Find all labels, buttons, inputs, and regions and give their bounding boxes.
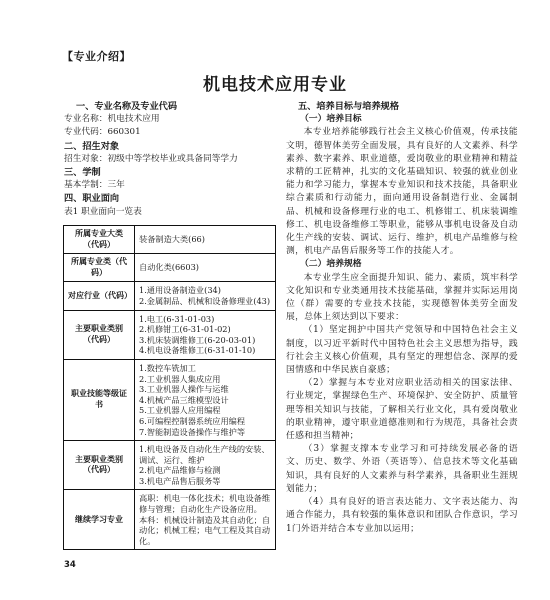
row-line: 3.机床装调维修工(6-20-03-01)	[139, 335, 271, 346]
right-column: 五、培养目标与培养规格 （一）培养目标 本专业培养能够践行社会主义核心价值观，传…	[286, 100, 518, 536]
row-content: 自动化类(6603)	[135, 254, 276, 282]
row-line: 1.机电设备及自动化生产线的安装、调试、运行、维护	[139, 444, 271, 465]
table-row: 所属专业类（代码） 自动化类(6603)	[64, 254, 276, 282]
major-code: 专业代码：660301	[64, 126, 284, 139]
row-line: 自动化类(6603)	[139, 262, 271, 273]
heading-training-goals: 五、培养目标与培养规格	[286, 100, 518, 113]
row-content: 1.机电设备及自动化生产线的安装、调试、运行、维护 2.机电产品维修与检测 3.…	[135, 441, 276, 490]
requirement-3: （3）掌握支撑本专业学习和可持续发展必备的语文、历史、数学、外语（英语等）、信息…	[286, 443, 518, 496]
subheading-goal: （一）培养目标	[286, 113, 518, 126]
table-row: 职业技能等级证书 1.数控车铣加工 2.工业机器人集成应用 3.工业机器人操作与…	[64, 359, 276, 440]
row-line: 1.电工(6-31-01-03)	[139, 314, 271, 325]
row-content: 1.通用设备制造业(34) 2.金属制品、机械和设备修理业(43)	[135, 282, 276, 310]
row-content: 高职：机电一体化技术；机电设备维修与管理；自动化生产设备应用。 本科：机械设计制…	[135, 490, 276, 550]
row-line: 4.机电设备维修工(6-31-01-10)	[139, 345, 271, 356]
row-line: 6.可编程控制器系统应用编程	[139, 416, 271, 427]
heading-career: 四、职业面向	[64, 192, 284, 205]
row-line: 本科：机械设计制造及其自动化；自动化；机械工程；电气工程及其自动化。	[139, 515, 271, 547]
subheading-spec: （二）培养规格	[286, 258, 518, 271]
requirement-2: （2）掌握与本专业对应职业活动相关的国家法律、行业规定，掌握绿色生产、环境保护、…	[286, 377, 518, 443]
row-line: 4.机械产品三维模型设计	[139, 395, 271, 406]
row-header: 所属专业大类（代码）	[64, 226, 135, 254]
row-line: 1.数控车铣加工	[139, 363, 271, 374]
spec-intro-paragraph: 本专业学生应全面提升知识、能力、素质，筑牢科学文化知识和专业类通用技术技能基础，…	[286, 272, 518, 325]
enrollment-text: 招生对象：初级中等学校毕业或具备同等学力	[64, 153, 284, 166]
row-line: 2.机修钳工(6-31-01-02)	[139, 324, 271, 335]
left-column: 一、专业名称及专业代码 专业名称：机电技术应用 专业代码：660301 二、招生…	[64, 100, 284, 219]
row-header: 继续学习专业	[64, 490, 135, 550]
row-line: 2.金属制品、机械和设备修理业(43)	[139, 296, 271, 307]
career-table: 所属专业大类（代码） 装备制造大类(66) 所属专业类（代码） 自动化类(660…	[63, 225, 276, 550]
page-number: 34	[64, 560, 76, 570]
row-header: 主要职业类别（代码）	[64, 310, 135, 359]
row-line: 3.工业机器人操作与运维	[139, 384, 271, 395]
row-content: 1.数控车铣加工 2.工业机器人集成应用 3.工业机器人操作与运维 4.机械产品…	[135, 359, 276, 440]
row-header: 所属专业类（代码）	[64, 254, 135, 282]
heading-enrollment: 二、招生对象	[64, 140, 284, 153]
heading-major-name-code: 一、专业名称及专业代码	[64, 100, 284, 113]
row-content: 装备制造大类(66)	[135, 226, 276, 254]
requirement-1: （1）坚定拥护中国共产党领导和中国特色社会主义制度，以习近平新时代中国特色社会主…	[286, 324, 518, 377]
row-line: 2.工业机器人集成应用	[139, 374, 271, 385]
table-caption: 表1 职业面向一览表	[64, 206, 284, 219]
heading-duration: 三、学制	[64, 166, 284, 179]
row-line: 5.工业机器人应用编程	[139, 405, 271, 416]
table-row: 主要职业类别（代码） 1.电工(6-31-01-03) 2.机修钳工(6-31-…	[64, 310, 276, 359]
table-row: 所属专业大类（代码） 装备制造大类(66)	[64, 226, 276, 254]
section-tag: 【专业介绍】	[62, 48, 131, 64]
row-content: 1.电工(6-31-01-03) 2.机修钳工(6-31-01-02) 3.机床…	[135, 310, 276, 359]
requirement-4: （4）具有良好的语言表达能力、文字表达能力、沟通合作能力，具有较强的集体意识和团…	[286, 496, 518, 536]
page-title: 机电技术应用专业	[0, 70, 550, 95]
table-row: 对应行业（代码） 1.通用设备制造业(34) 2.金属制品、机械和设备修理业(4…	[64, 282, 276, 310]
row-line: 7.智能制造设备操作与维护等	[139, 427, 271, 438]
row-line: 装备制造大类(66)	[139, 234, 271, 245]
major-name: 专业名称：机电技术应用	[64, 113, 284, 126]
row-header: 对应行业（代码）	[64, 282, 135, 310]
row-header: 职业技能等级证书	[64, 359, 135, 440]
table-row: 继续学习专业 高职：机电一体化技术；机电设备维修与管理；自动化生产设备应用。 本…	[64, 490, 276, 550]
row-line: 高职：机电一体化技术；机电设备维修与管理；自动化生产设备应用。	[139, 493, 271, 514]
row-header: 主要职业类别（代码）	[64, 441, 135, 490]
row-line: 3.机电产品售后服务等	[139, 476, 271, 487]
duration-text: 基本学制：三年	[64, 179, 284, 192]
row-line: 2.机电产品维修与检测	[139, 465, 271, 476]
row-line: 1.通用设备制造业(34)	[139, 285, 271, 296]
table-row: 主要职业类别（代码） 1.机电设备及自动化生产线的安装、调试、运行、维护 2.机…	[64, 441, 276, 490]
goal-paragraph: 本专业培养能够践行社会主义核心价值观，传承技能文明，德智体美劳全面发展，具有良好…	[286, 126, 518, 258]
